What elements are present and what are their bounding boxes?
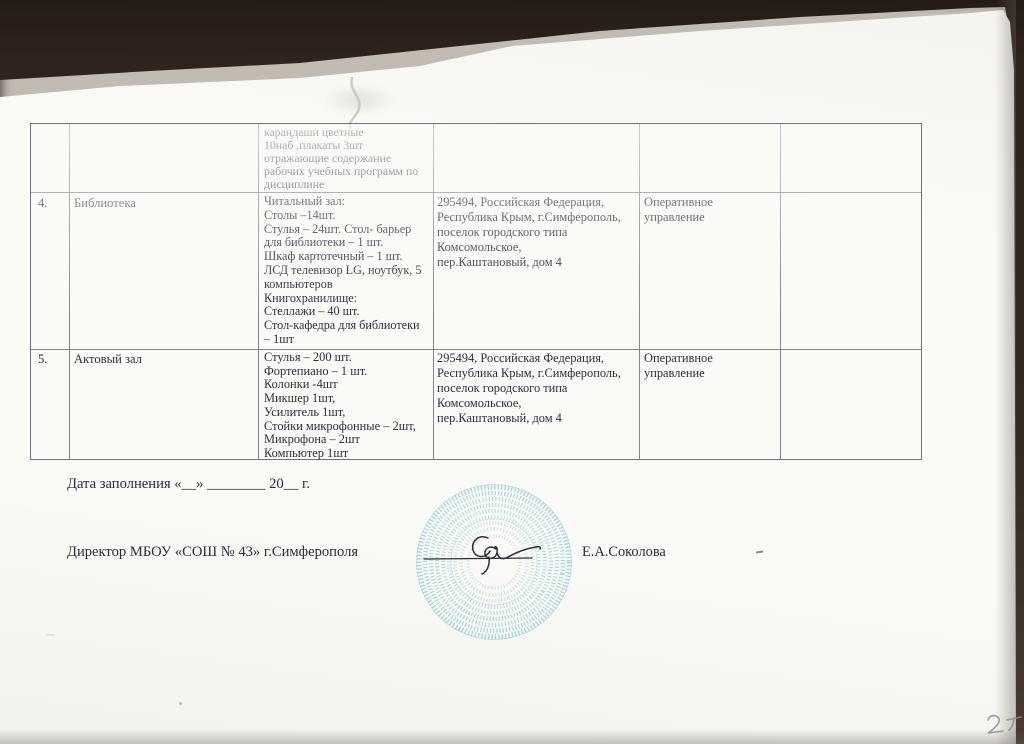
table-column-line [639, 124, 640, 459]
paper-right-edge-shadow [995, 0, 1016, 744]
table-row-line [31, 349, 921, 350]
partial-row-equipment: карандаши цветные 10наб ,плакаты 3шт отр… [264, 126, 434, 191]
signer-name: Е.А.Соколова [582, 544, 666, 561]
signature [415, 528, 550, 580]
director-line: Директор МБОУ «СОШ № 43» г.Симферополя [67, 544, 358, 561]
paper-smudge [46, 634, 55, 636]
table-column-line [258, 124, 259, 459]
row5-equipment: Стулья – 200 шт. Фортепиано – 1 шт. Коло… [264, 351, 434, 461]
row4-name: Библиотека [74, 196, 136, 211]
paper-speck [179, 702, 182, 705]
row4-management: Оперативное управление [644, 195, 779, 225]
scanned-document-page: карандаши цветные 10наб ,плакаты 3шт отр… [0, 0, 1024, 744]
row5-number: 5. [38, 352, 47, 367]
row5-address: 295494, Российская Федерация, Республика… [437, 351, 637, 426]
table-column-line [69, 124, 70, 459]
row4-equipment: Читальный зал: Столы –14шт. Стулья – 24ш… [264, 195, 434, 347]
date-fill-line: Дата заполнения «__» ________ 20__ г. [67, 476, 310, 493]
row4-number: 4. [38, 196, 47, 211]
row5-name: Актовый зал [74, 352, 142, 367]
scan-bottom-shadow [0, 729, 1024, 744]
table-column-line [780, 124, 781, 459]
table-row-line [31, 192, 921, 193]
row5-management: Оперативное управление [644, 351, 779, 381]
row4-address: 295494, Российская Федерация, Республика… [437, 195, 637, 270]
